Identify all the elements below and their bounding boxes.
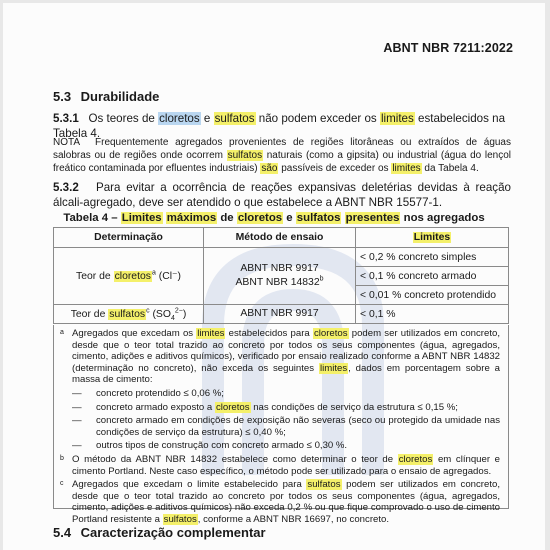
document-page: ABNT NBR 7211:2022 5.3 Durabilidade 5.3.… xyxy=(3,3,545,550)
highlight[interactable]: Limites xyxy=(413,232,451,243)
table-row: Teor de sulfatosc (SO42−) ABNT NBR 9917 … xyxy=(54,305,509,324)
table-4: Determinação Método de ensaio Limites Te… xyxy=(53,227,509,324)
highlight[interactable]: Limites xyxy=(121,212,163,224)
footnote-c: c Agregados que excedam o limite estabel… xyxy=(60,479,500,525)
cell-limite: < 0,1 % concreto armado xyxy=(356,267,509,286)
highlight[interactable]: sulfatos xyxy=(214,112,256,125)
section-title: Durabilidade xyxy=(81,89,160,104)
paragraph-5-3-2: 5.3.2 Para evitar a ocorrência de reaçõe… xyxy=(53,181,511,210)
footnote-marker: b xyxy=(60,454,72,477)
footnote-b: b O método da ABNT NBR 14832 estabelece … xyxy=(60,454,500,477)
highlight[interactable]: sulfatos xyxy=(306,479,341,490)
paragraph-number: 5.3.1 xyxy=(53,112,79,125)
highlight[interactable]: sulfatos xyxy=(227,150,263,161)
section-number: 5.3 xyxy=(53,89,77,104)
highlight[interactable]: sulfatos xyxy=(108,309,146,320)
highlight[interactable]: máximos xyxy=(166,212,217,224)
list-item: —concreto protendido ≤ 0,06 %; xyxy=(72,388,500,400)
cell-limite: < 0,01 % concreto protendido xyxy=(356,286,509,305)
highlight[interactable]: cloretos xyxy=(398,454,434,465)
cell-determinacao-cloretos: Teor de cloretosa (Cl⁻) xyxy=(54,248,204,305)
list-item: —concreto armado exposto a cloretos nas … xyxy=(72,402,500,414)
section-heading-caracterizacao: 5.4 Caracterização complementar xyxy=(53,525,266,540)
highlight[interactable]: sulfatos xyxy=(296,212,342,224)
footnote-marker: a xyxy=(60,328,72,386)
note-paragraph: NOTAFrequentemente agregados proveniente… xyxy=(53,136,511,175)
highlight-selected[interactable]: cloretos xyxy=(158,112,201,125)
highlight[interactable]: são xyxy=(260,163,278,174)
document-id: ABNT NBR 7211:2022 xyxy=(383,41,513,55)
highlight[interactable]: cloretos xyxy=(215,402,251,413)
footnote-a-list: —concreto protendido ≤ 0,06 %; —concreto… xyxy=(60,388,500,452)
highlight[interactable]: cloretos xyxy=(114,271,152,282)
table-row: Teor de cloretosa (Cl⁻) ABNT NBR 9917 AB… xyxy=(54,248,509,267)
section-number: 5.4 xyxy=(53,525,77,540)
list-item: —outros tipos de construção com concreto… xyxy=(72,440,500,452)
highlight[interactable]: cloretos xyxy=(313,328,349,339)
table-footnotes: a Agregados que excedam os limites estab… xyxy=(53,325,509,509)
highlight[interactable]: limites xyxy=(380,112,415,125)
highlight[interactable]: limites xyxy=(196,328,225,339)
list-item: —concreto armado em condições de exposiç… xyxy=(72,415,500,438)
highlight[interactable]: cloretos xyxy=(237,212,283,224)
highlight[interactable]: limites xyxy=(391,163,421,174)
highlight[interactable]: sulfatos xyxy=(163,514,198,525)
table-header-row: Determinação Método de ensaio Limites xyxy=(54,228,509,248)
highlight[interactable]: limites xyxy=(319,363,348,374)
column-header-limites: Limites xyxy=(356,228,509,248)
section-heading-durabilidade: 5.3 Durabilidade xyxy=(53,89,159,104)
highlight[interactable]: presentes xyxy=(345,212,401,224)
cell-metodo-sulfatos: ABNT NBR 9917 xyxy=(204,305,356,324)
cell-limite: < 0,1 % xyxy=(356,305,509,324)
section-title: Caracterização complementar xyxy=(81,525,266,540)
table-title: Tabela 4 – Limites máximos de cloretos e… xyxy=(3,212,545,224)
note-label: NOTA xyxy=(53,136,95,149)
footnote-a: a Agregados que excedam os limites estab… xyxy=(60,328,500,386)
column-header-determinacao: Determinação xyxy=(54,228,204,248)
cell-limite: < 0,2 % concreto simples xyxy=(356,248,509,267)
paragraph-number: 5.3.2 xyxy=(53,181,79,194)
column-header-metodo: Método de ensaio xyxy=(204,228,356,248)
cell-determinacao-sulfatos: Teor de sulfatosc (SO42−) xyxy=(54,305,204,324)
cell-metodo-cloretos: ABNT NBR 9917 ABNT NBR 14832b xyxy=(204,248,356,305)
footnote-marker: c xyxy=(60,479,72,525)
